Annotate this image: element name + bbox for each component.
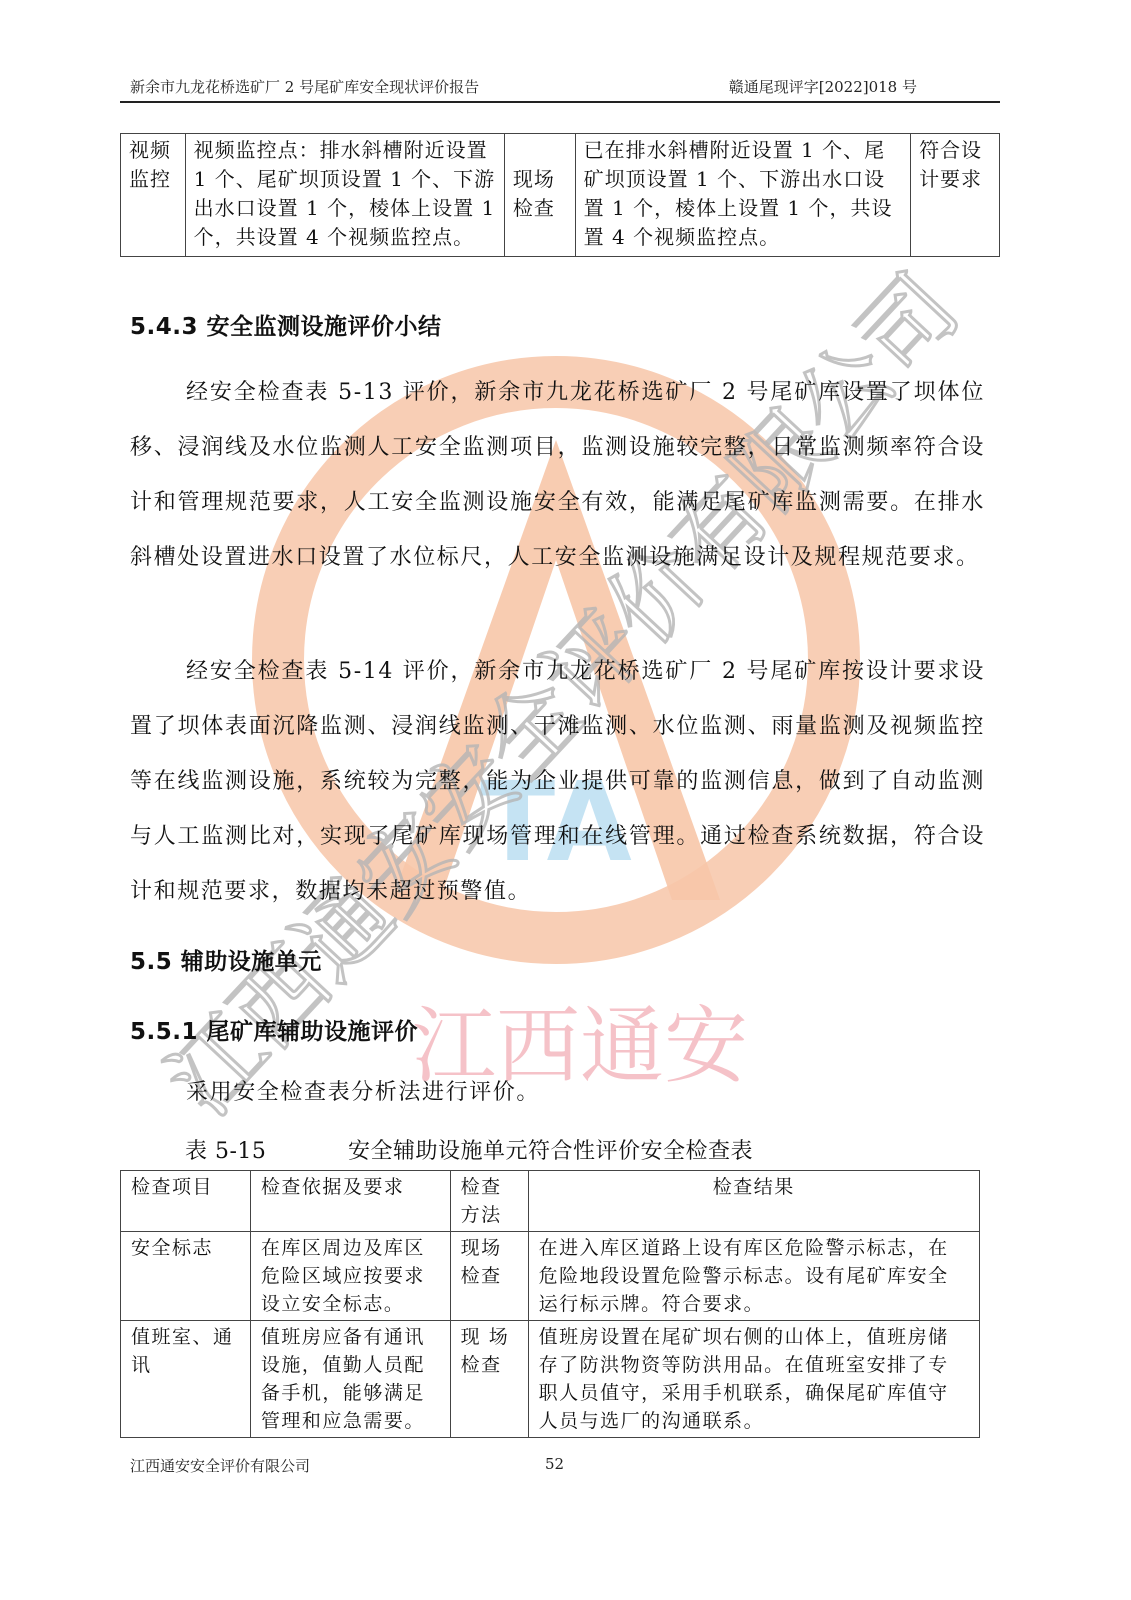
table-header-row: 检查项目 检查依据及要求 检查方法 检查结果 [121,1171,980,1232]
document-number: 赣通尾现评字[2022]018 号 [729,76,917,97]
cell-requirement: 值班房应备有通讯设施，值勤人员配备手机，能够满足管理和应急需要。 [250,1321,450,1438]
header-requirement: 检查依据及要求 [250,1171,450,1232]
report-title: 新余市九龙花桥选矿厂 2 号尾矿库安全现状评价报告 [130,76,479,97]
table-caption-title: 安全辅助设施单元符合性评价安全检查表 [348,1134,753,1165]
cell-item: 视频监控 [121,134,186,257]
header-method: 检查方法 [450,1171,528,1232]
page-number: 52 [545,1455,564,1473]
cell-item: 安全标志 [121,1232,251,1321]
cell-method: 现场检查 [504,134,575,257]
cell-result: 已在排水斜槽附近设置 1 个、尾矿坝顶设置 1 个、下游出水口设置 1 个，棱体… [575,134,910,257]
header-rule [120,101,1000,103]
cell-method: 现场检查 [450,1232,528,1321]
cell-result: 在进入库区道路上设有库区危险警示标志，在危险地段设置危险警示标志。设有尾矿库安全… [528,1232,979,1321]
table-row: 值班室、通讯 值班房应备有通讯设施，值勤人员配备手机，能够满足管理和应急需要。 … [121,1321,980,1438]
header-result: 检查结果 [528,1171,979,1232]
safety-checklist-table: 检查项目 检查依据及要求 检查方法 检查结果 安全标志 在库区周边及库区危险区域… [120,1170,980,1438]
table-row: 安全标志 在库区周边及库区危险区域应按要求设立安全标志。 现场检查 在进入库区道… [121,1232,980,1321]
section-heading-5-4-3: 5.4.3 安全监测设施评价小结 [130,308,442,341]
cell-requirement: 视频监控点：排水斜槽附近设置 1 个、尾矿坝顶设置 1 个、下游出水口设置 1 … [185,134,504,257]
table-row: 视频监控 视频监控点：排水斜槽附近设置 1 个、尾矿坝顶设置 1 个、下游出水口… [121,134,1000,257]
table-caption-number: 表 5-15 [185,1134,266,1165]
cell-method: 现 场检查 [450,1321,528,1438]
page-header: 新余市九龙花桥选矿厂 2 号尾矿库安全现状评价报告 赣通尾现评字[2022]01… [130,76,985,100]
header-item: 检查项目 [121,1171,251,1232]
section-heading-5-5: 5.5 辅助设施单元 [130,943,322,976]
cell-result: 值班房设置在尾矿坝右侧的山体上，值班房储存了防洪物资等防洪用品。在值班室安排了专… [528,1321,979,1438]
section-heading-5-5-1: 5.5.1 尾矿库辅助设施评价 [130,1013,418,1046]
paragraph-1: 经安全检查表 5-13 评价，新余市九龙花桥选矿厂 2 号尾矿库设置了坝体位移、… [130,365,985,585]
document-page: TA 江西通安 江西通安安全评价有限公司 新余市九龙花桥选矿厂 2 号尾矿库安全… [0,0,1131,1600]
cell-conclusion: 符合设计要求 [911,134,1000,257]
paragraph-2: 经安全检查表 5-14 评价，新余市九龙花桥选矿厂 2 号尾矿库按设计要求设置了… [130,644,985,919]
cell-item: 值班室、通讯 [121,1321,251,1438]
footer-company: 江西通安安全评价有限公司 [130,1455,310,1476]
cell-requirement: 在库区周边及库区危险区域应按要求设立安全标志。 [250,1232,450,1321]
continued-table: 视频监控 视频监控点：排水斜槽附近设置 1 个、尾矿坝顶设置 1 个、下游出水口… [120,133,1000,257]
intro-paragraph: 采用安全检查表分析法进行评价。 [130,1065,985,1120]
